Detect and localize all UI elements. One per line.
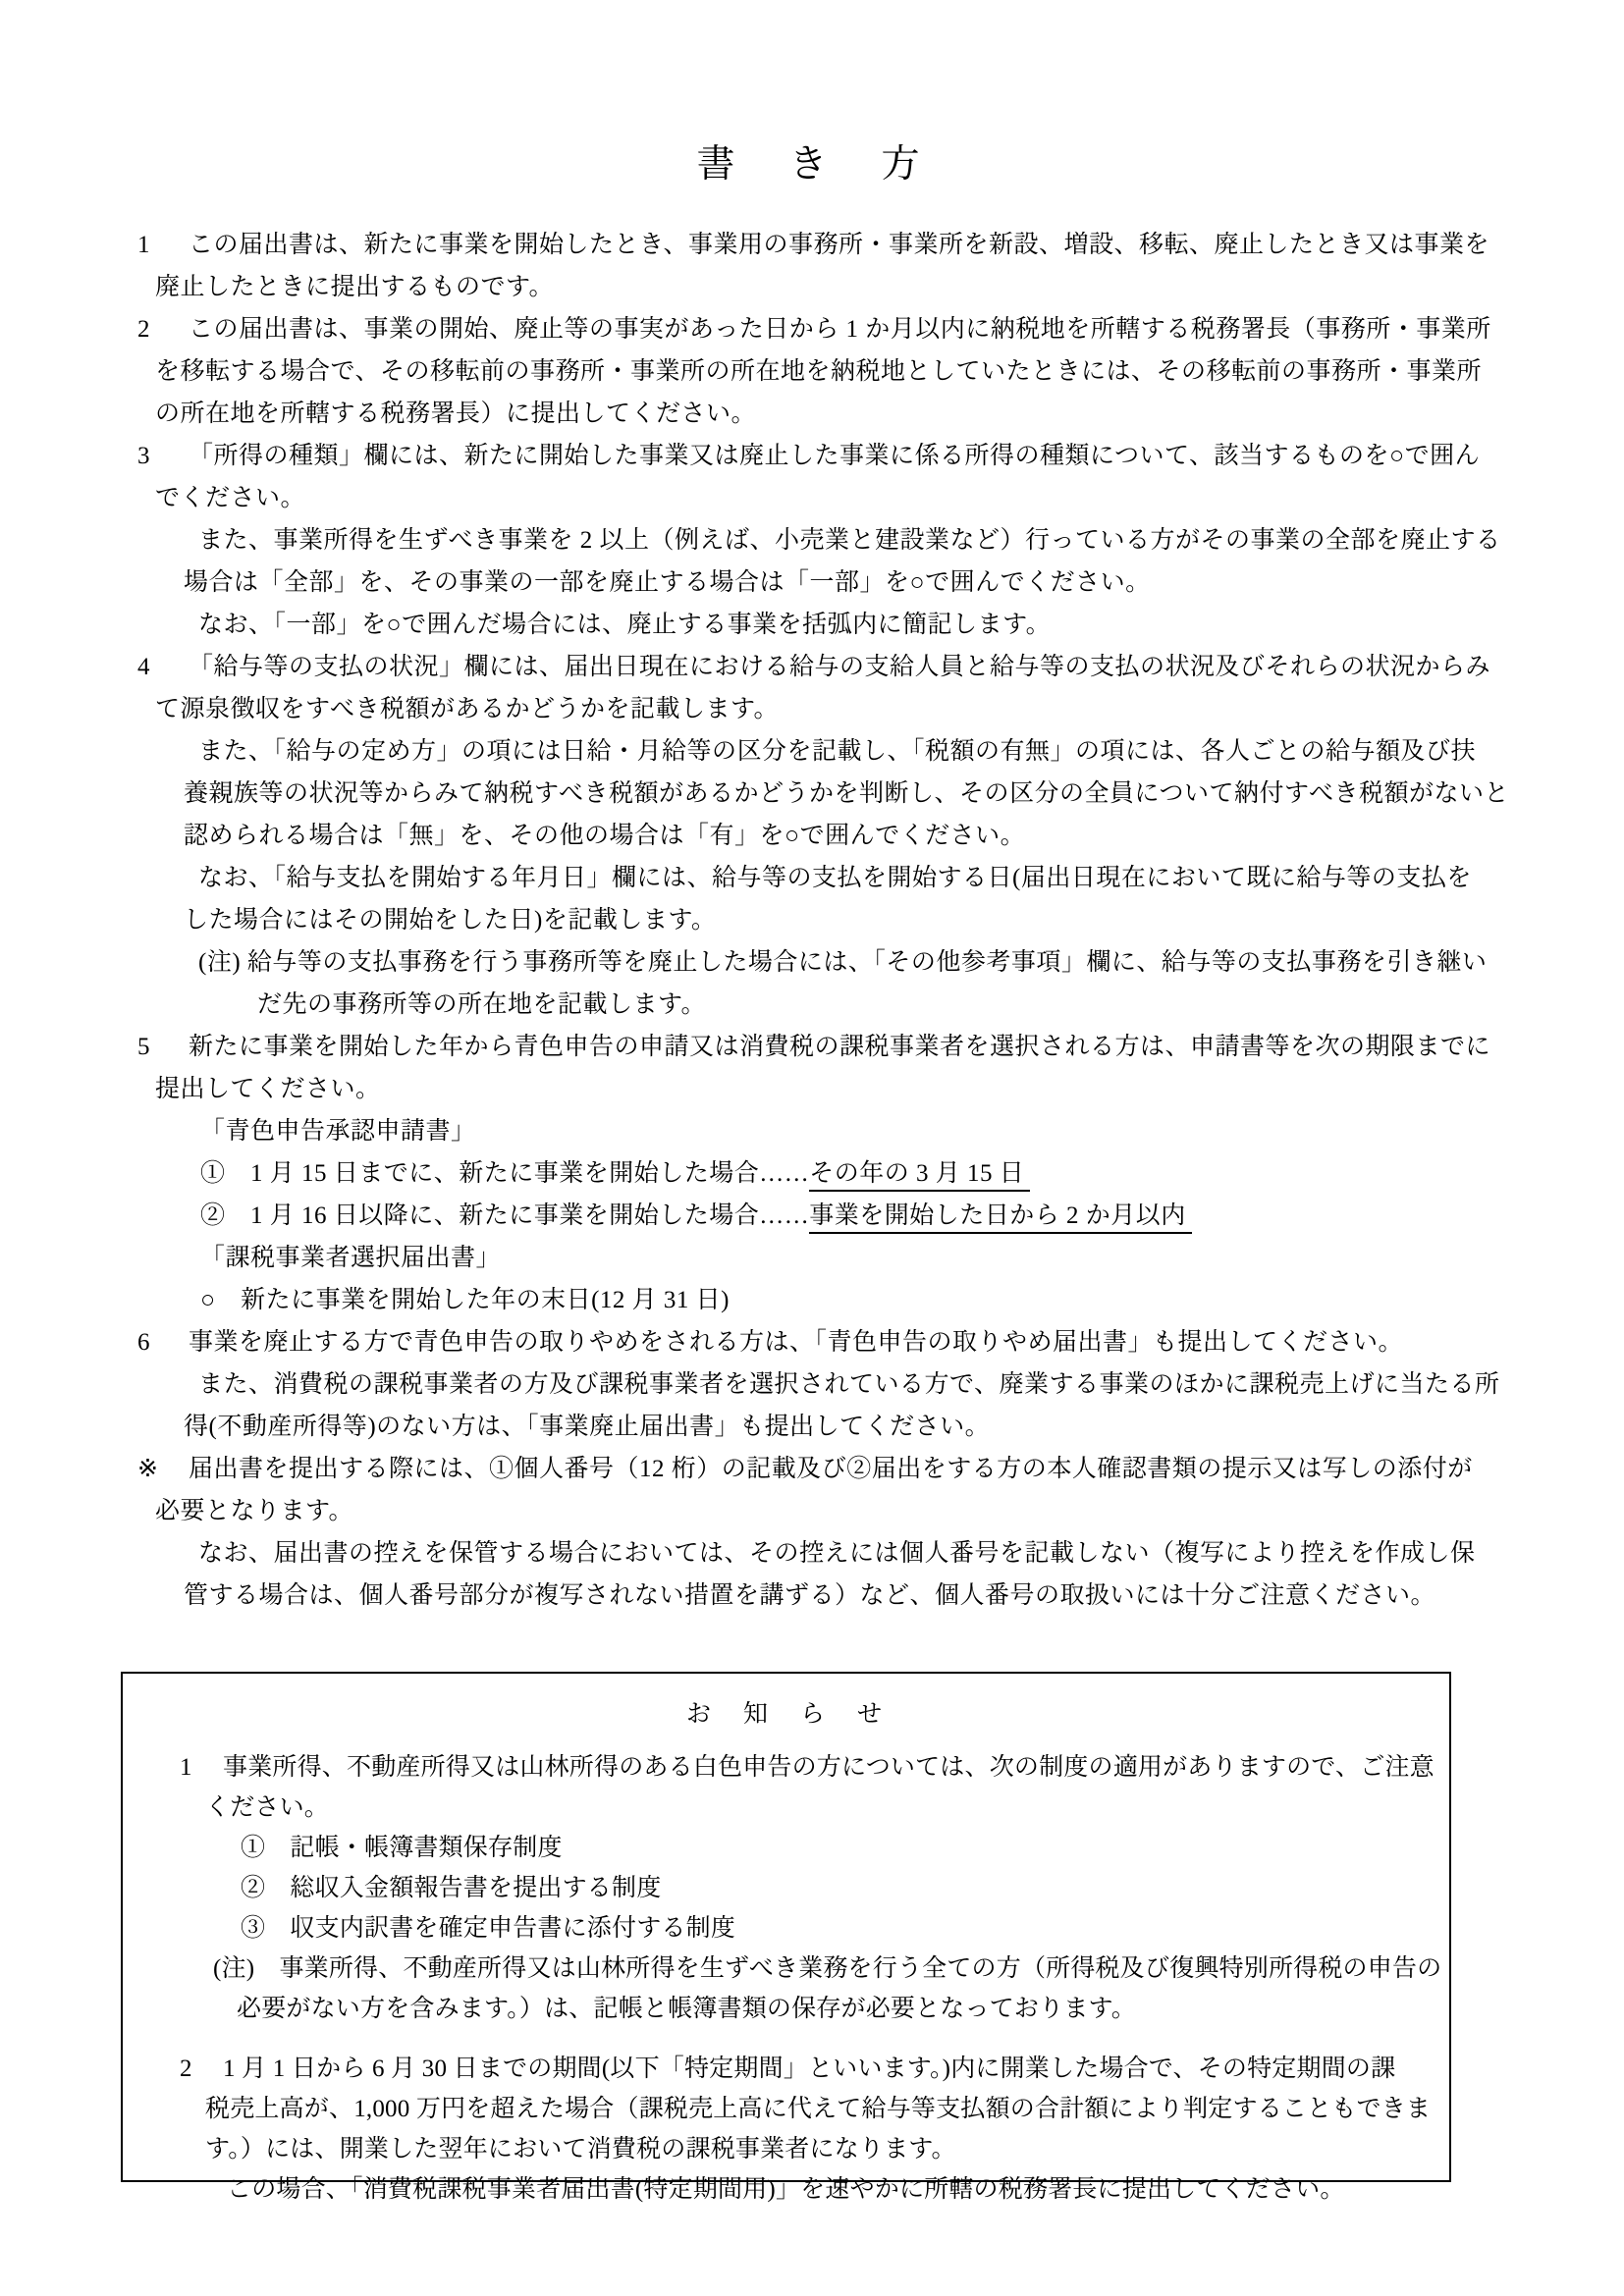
line-text: 届出書を提出する際には、①個人番号（12 桁）の記載及び②届出をする方の本人確認… [189,1456,1473,1482]
line-text: 「給与等の支払の状況」欄には、届出日現在における給与の支給人員と給与等の支払の状… [189,654,1490,680]
deadline-line: ○ 新たに事業を開始した年の末日(12 月 31 日) [137,1279,1496,1321]
note-line: 必要がない方を含みます。）は、記帳と帳簿書類の保存が必要となっております。 [180,1989,1430,2029]
instruction-section-4: 4「給与等の支払の状況」欄には、届出日現在における給与の支給人員と給与等の支払の… [137,646,1496,1026]
item-number: 3 [137,435,189,477]
text-line: 1この届出書は、新たに事業を開始したとき、事業用の事務所・事業所を新設、増設、移… [137,224,1496,266]
instruction-section-kome: ※届出書を提出する際には、①個人番号（12 桁）の記載及び②届出をする方の本人確… [137,1448,1496,1617]
form-name-line: 「課税事業者選択届出書」 [137,1237,1496,1279]
text-line: 提出してください。 [137,1068,1496,1110]
text-line: でください。 [137,477,1496,519]
text-line: 場合は「全部」を、その事業の一部を廃止する場合は「一部」を○で囲んでください。 [137,561,1496,604]
text-line: ※届出書を提出する際には、①個人番号（12 桁）の記載及び②届出をする方の本人確… [137,1448,1496,1490]
notice-item-1: 1事業所得、不動産所得又は山林所得のある白色申告の方については、次の制度の適用が… [180,1747,1430,2029]
line-text: 「所得の種類」欄には、新たに開始した事業又は廃止した事業に係る所得の種類について… [189,443,1480,469]
page-title: 書 き 方 [0,141,1624,188]
underlined-deadline: 事業を開始した日から 2 か月以内 [809,1202,1192,1234]
instruction-section-3: 3「所得の種類」欄には、新たに開始した事業又は廃止した事業に係る所得の種類につい… [137,435,1496,646]
text-line: なお、届出書の控えを保管する場合においては、その控えには個人番号を記載しない（複… [137,1532,1496,1575]
text-line: 得(不動産所得等)のない方は、「事業廃止届出書」も提出してください。 [137,1406,1496,1448]
line-text: ② 1 月 16 日以降に、新たに事業を開始した場合…… [200,1202,809,1229]
text-line: した場合にはその開始をした日)を記載します。 [137,899,1496,941]
document-page: 書 き 方 1この届出書は、新たに事業を開始したとき、事業用の事務所・事業所を新… [0,0,1624,2296]
text-line: ください。 [180,1788,1430,1828]
text-line: 認められる場合は「無」を、その他の場合は「有」を○で囲んでください。 [137,815,1496,857]
text-line: 必要となります。 [137,1490,1496,1532]
text-line: なお、「一部」を○で囲んだ場合には、廃止する事業を括弧内に簡記します。 [137,604,1496,646]
deadline-line: ① 1 月 15 日までに、新たに事業を開始した場合……その年の 3 月 15 … [137,1152,1496,1195]
line-text: この届出書は、新たに事業を開始したとき、事業用の事務所・事業所を新設、増設、移転… [189,232,1489,258]
text-line: 廃止したときに提出するものです。 [137,266,1496,308]
instruction-section-2: 2この届出書は、事業の開始、廃止等の事実があった日から 1 か月以内に納税地を所… [137,308,1496,435]
text-line: また、「給与の定め方」の項には日給・月給等の区分を記載し、「税額の有無」の項には… [137,730,1496,773]
list-item: ② 総収入金額報告書を提出する制度 [180,1868,1430,1908]
text-line: て源泉徴収をすべき税額があるかどうかを記載します。 [137,688,1496,730]
text-line: 管する場合は、個人番号部分が複写されない措置を講ずる）など、個人番号の取扱いには… [137,1575,1496,1617]
item-number: 4 [137,646,189,688]
line-text: 1 月 1 日から 6 月 30 日までの期間(以下「特定期間」といいます。)内… [223,2056,1395,2082]
note-line: だ先の事務所等の所在地を記載します。 [137,984,1496,1026]
line-text: ① 1 月 15 日までに、新たに事業を開始した場合…… [200,1160,809,1187]
instruction-section-1: 1この届出書は、新たに事業を開始したとき、事業用の事務所・事業所を新設、増設、移… [137,224,1496,308]
text-line: 養親族等の状況等からみて納税すべき税額があるかどうかを判断し、その区分の全員につ… [137,773,1496,815]
text-line: 2この届出書は、事業の開始、廃止等の事実があった日から 1 か月以内に納税地を所… [137,308,1496,350]
instructions-body: 1この届出書は、新たに事業を開始したとき、事業用の事務所・事業所を新設、増設、移… [137,224,1496,1617]
list-item: ① 記帳・帳簿書類保存制度 [180,1828,1430,1868]
text-line: 6事業を廃止する方で青色申告の取りやめをされる方は、「青色申告の取りやめ届出書」… [137,1321,1496,1363]
instruction-section-5: 5新たに事業を開始した年から青色申告の申請又は消費税の課税事業者を選択される方は… [137,1026,1496,1321]
notice-item-2: 21 月 1 日から 6 月 30 日までの期間(以下「特定期間」といいます。)… [180,2049,1430,2210]
list-item: ③ 収支内訳書を確定申告書に添付する制度 [180,1908,1430,1949]
kome-marker: ※ [137,1448,189,1490]
text-line: 5新たに事業を開始した年から青色申告の申請又は消費税の課税事業者を選択される方は… [137,1026,1496,1068]
text-line: 4「給与等の支払の状況」欄には、届出日現在における給与の支給人員と給与等の支払の… [137,646,1496,688]
item-number: 5 [137,1026,189,1068]
item-number: 2 [137,308,189,350]
form-name-line: 「青色申告承認申請書」 [137,1110,1496,1152]
notice-content: 1事業所得、不動産所得又は山林所得のある白色申告の方については、次の制度の適用が… [123,1747,1449,2210]
text-line: この場合、「消費税課税事業者届出書(特定期間用)」を速やかに所轄の税務署長に提出… [180,2169,1430,2210]
item-number: 1 [180,1747,223,1788]
text-line: また、消費税の課税事業者の方及び課税事業者を選択されている方で、廃業する事業のほ… [137,1363,1496,1406]
item-number: 2 [180,2049,223,2089]
text-line: を移転する場合で、その移転前の事務所・事業所の所在地を納税地としていたときには、… [137,350,1496,393]
text-line: 1事業所得、不動産所得又は山林所得のある白色申告の方については、次の制度の適用が… [180,1747,1430,1788]
notice-title: お 知 ら せ [123,1693,1449,1735]
text-line: 3「所得の種類」欄には、新たに開始した事業又は廃止した事業に係る所得の種類につい… [137,435,1496,477]
note-line: (注) 事業所得、不動産所得又は山林所得を生ずべき業務を行う全ての方（所得税及び… [180,1949,1430,1989]
deadline-line: ② 1 月 16 日以降に、新たに事業を開始した場合……事業を開始した日から 2… [137,1195,1496,1237]
text-line: 21 月 1 日から 6 月 30 日までの期間(以下「特定期間」といいます。)… [180,2049,1430,2089]
item-number: 1 [137,224,189,266]
text-line: また、事業所得を生ずべき事業を 2 以上（例えば、小売業と建設業など）行っている… [137,519,1496,561]
notice-box: お 知 ら せ 1事業所得、不動産所得又は山林所得のある白色申告の方については、… [121,1672,1451,2182]
item-number: 6 [137,1321,189,1363]
line-text: この届出書は、事業の開始、廃止等の事実があった日から 1 か月以内に納税地を所轄… [189,316,1491,343]
text-line: なお、「給与支払を開始する年月日」欄には、給与等の支払を開始する日(届出日現在に… [137,857,1496,899]
text-line: の所在地を所轄する税務署長）に提出してください。 [137,393,1496,435]
line-text: 事業所得、不動産所得又は山林所得のある白色申告の方については、次の制度の適用があ… [223,1754,1435,1781]
text-line: す。）には、開業した翌年において消費税の課税事業者になります。 [180,2129,1430,2169]
line-text: 新たに事業を開始した年から青色申告の申請又は消費税の課税事業者を選択される方は、… [189,1034,1490,1060]
instruction-section-6: 6事業を廃止する方で青色申告の取りやめをされる方は、「青色申告の取りやめ届出書」… [137,1321,1496,1448]
underlined-deadline: その年の 3 月 15 日 [809,1160,1030,1192]
text-line: 税売上高が、1,000 万円を超えた場合（課税売上高に代えて給与等支払額の合計額… [180,2089,1430,2129]
note-line: (注) 給与等の支払事務を行う事務所等を廃止した場合には、「その他参考事項」欄に… [137,941,1496,984]
line-text: 事業を廃止する方で青色申告の取りやめをされる方は、「青色申告の取りやめ届出書」も… [189,1329,1403,1356]
